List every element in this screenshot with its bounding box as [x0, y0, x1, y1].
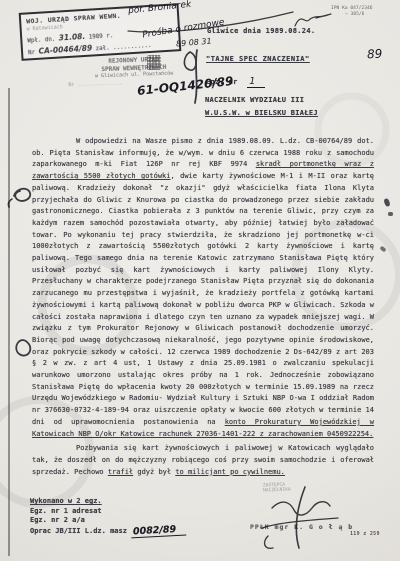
- body-paragraph-1: W odpowiedzi na Wasze pismo z dnia 1989.…: [32, 136, 374, 440]
- place-and-date: Gliwice dnia 1989.08.24.: [207, 27, 315, 35]
- distribution-line2: Egz. nr 1 adresat: [30, 507, 186, 517]
- number-prefix: Nr: [28, 50, 35, 56]
- signature-stamp-line2: NACZELNIKA: [263, 488, 291, 494]
- distribution-line1: Wykonano w 2 egz.: [30, 497, 186, 507]
- page-marker: 119 z 259: [350, 531, 380, 537]
- scan-fold-line: [8, 88, 10, 556]
- scan-speck: [383, 198, 390, 207]
- prepared-by-row: Oprac JB/III L.dz. masz 0082/89: [30, 526, 186, 537]
- received-date-handwritten: 31.08.: [58, 32, 85, 43]
- classification-marking: "TAJNE SPEC ZNACZENIA": [206, 55, 310, 63]
- signature-stamp: ZASTĘPCA NACZELNIKA: [263, 483, 291, 495]
- received-prefix: Wpł. dn.: [27, 37, 55, 45]
- handwritten-corner-number: 89: [367, 47, 383, 62]
- addressee-line2: W.U.S.W. w BIELSKU BIAŁEJ: [205, 109, 318, 117]
- typescript-number-handwritten: 0082/89: [131, 524, 187, 537]
- scanned-document-page: WOJ. URZĄD SPRAW WEWN. w Katowicach Wpł.…: [0, 0, 400, 561]
- signature-typed-name: PPŁK mgr K. G o ł ą b: [250, 523, 353, 531]
- scan-speck: [388, 212, 393, 216]
- archive-ref-line1: IPN Ka 047/2346: [331, 6, 373, 12]
- letter-body: W odpowiedzi na Wasze pismo z dnia 1989.…: [32, 136, 374, 481]
- copy-number-handwritten: 1: [247, 76, 265, 88]
- prepared-by-label: Oprac JB/III L.dz. masz: [30, 527, 127, 535]
- archive-reference: IPN Ka 047/2346 — 385/6: [331, 6, 373, 17]
- attachments-label: zał. ...........: [96, 43, 152, 52]
- scan-speck: [379, 246, 386, 253]
- archive-ref-line2: — 385/6: [331, 12, 373, 18]
- handwritten-date: 89 08 31: [176, 36, 212, 48]
- addressee-line1: NACZELNIK WYDZIAŁU III: [205, 96, 304, 104]
- received-year: 1989 r.: [89, 33, 114, 40]
- body-paragraph-2: Pozbywania się kart żywnościowych i pali…: [32, 443, 374, 478]
- distribution-block: Wykonano w 2 egz. Egz. nr 1 adresat Egz.…: [30, 497, 186, 536]
- registry-number-handwritten: CA-00464/89: [38, 44, 92, 56]
